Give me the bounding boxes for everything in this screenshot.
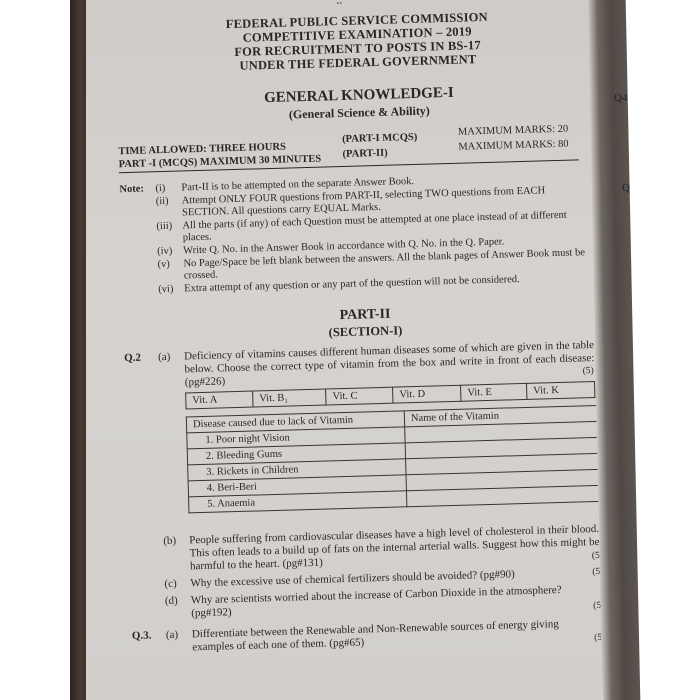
page-top-mark: ·· <box>336 0 342 8</box>
vitamin-option: Vit. C <box>326 387 393 405</box>
note-label: Note: <box>119 183 155 197</box>
question-2b: (b) People suffering from cardiovascular… <box>163 523 600 574</box>
vitamin-disease-table: Disease caused due to lack of Vitamin Na… <box>186 405 601 513</box>
question-number: Q.2 <box>124 351 159 391</box>
notes-block: Note: (i) Part-II is to be attempted on … <box>119 171 592 297</box>
part2-max-marks: MAXIMUM MARKS: 80 <box>458 139 569 153</box>
adjacent-page-mark: Q4 <box>614 92 627 104</box>
vitamin-option: Vit. K <box>527 382 595 400</box>
question-number: Q.3. <box>132 629 167 656</box>
vitamin-option: Vit. D <box>393 385 461 403</box>
vitamin-option: Vit. B₁ <box>253 389 327 407</box>
marks-2a: (5) <box>583 366 594 376</box>
vitamin-option: Vit. A <box>186 391 253 409</box>
exam-paper-page: ·· FEDERAL PUBLIC SERVICE COMMISSION COM… <box>86 0 602 700</box>
part1-label: (PART-I MCQS) <box>342 132 417 145</box>
question-3a: Q.3. (a) Differentiate between the Renew… <box>132 617 603 656</box>
part1-max-marks: MAXIMUM MARKS: 20 <box>458 124 569 138</box>
vitamin-option: Vit. E <box>461 383 527 401</box>
adjacent-page-mark: Q <box>622 182 630 194</box>
part2-label: (PART-II) <box>342 148 387 160</box>
